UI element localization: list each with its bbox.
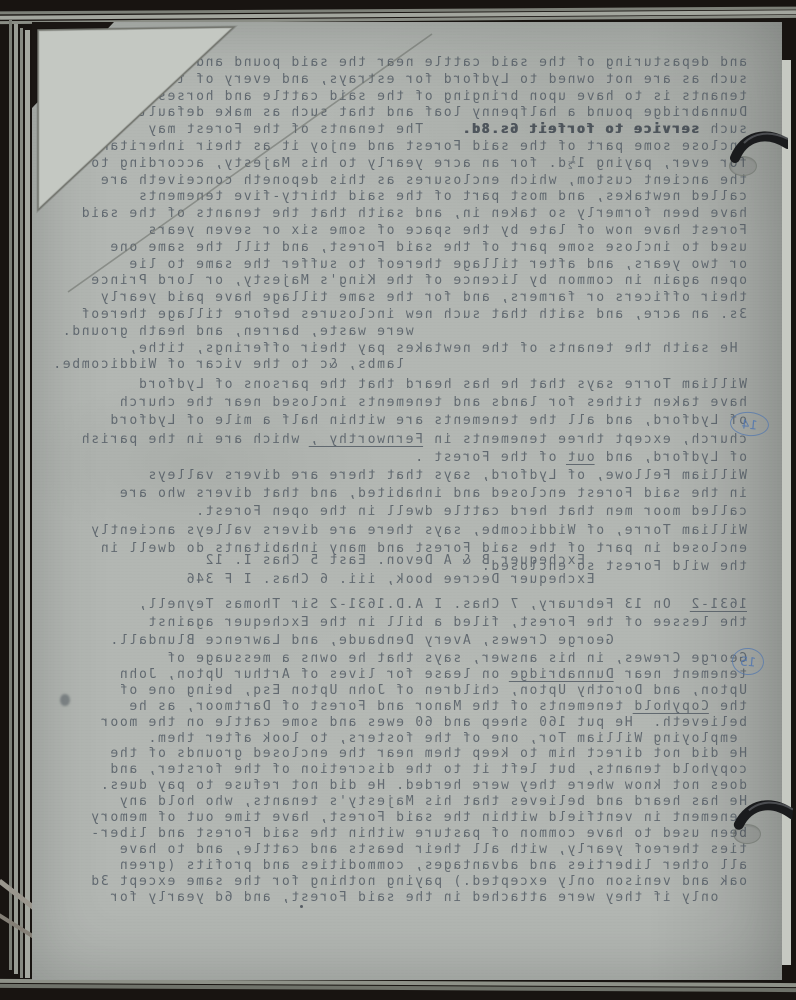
ink-smudge [60,694,70,706]
typed-line: tenants is to have upon bringing of the … [42,89,747,106]
typed-paragraph-crewes-answer: George Crewes, in his answer, says that … [42,651,747,906]
typed-line: tenement near Dunnabridge on lease for l… [42,667,747,683]
typed-line: open again in common by licence of the K… [42,273,747,290]
typed-line: called newtakes, and most part of the sa… [42,189,747,206]
typed-line: He has heard and believes that his Majes… [42,794,747,810]
typed-line: were waste, barren, and heath ground. [42,324,747,341]
document-photo: and depasturing of the said cattle near … [0,0,796,1000]
page-stack-edge [14,24,18,974]
typed-line: have been formerly so taken in, and sait… [42,206,747,223]
underlined-text: out [566,450,595,465]
typed-line: Exchequer B & A Devon. East 5 Chas I. 12 [42,551,747,570]
mirrored-text-layer: and depasturing of the said cattle near … [32,22,782,980]
page-stack-edge [9,20,12,970]
overstruck-text: service to forfeit 6s.8d. [461,122,699,137]
annotation-label: 15 [739,653,756,669]
typed-line: William Torre says that he has heard tha… [42,376,747,394]
typed-line: George Crewes, Avery Denbaude, and Lawre… [42,632,747,650]
typed-line: been used to have common of pasture with… [42,826,747,842]
typed-text: and depasturing of the said cattle near … [42,22,747,980]
typed-line: George Crewes, in his answer, says that … [42,651,747,667]
annotation-label: 14 [741,416,758,432]
typed-line: He did not direct him to keep them near … [42,746,747,762]
typed-line: their officers or farmers, and for the s… [42,290,747,307]
page-stack-edge [25,30,30,978]
typed-line: in the said Forest enclosed and inhabite… [42,485,747,503]
typed-line: 3s. an acre, and saith that such new inc… [42,307,747,324]
typed-line: copyhold tenants, but left it to the dis… [42,762,747,778]
typed-line: church, except three tenements in Fernwo… [42,431,747,449]
binder-ring-icon [720,792,794,855]
typed-line: have taken tithes for lands and tenement… [42,394,747,412]
typed-line: the Copyhold tenements of the Manor and … [42,699,747,715]
typed-line: tenement in ventfield within the said Fo… [42,810,747,826]
typed-line: He saith the tenants of the newtakes pay… [42,341,747,358]
typed-line: William Fellowe, of Lydford, says that t… [42,467,747,485]
typed-line: such service to forfeit 6s.8d. The tenan… [42,122,747,139]
typed-line: of Lydford, and out of the Forest . [42,449,747,467]
page: and depasturing of the said cattle near … [32,22,782,980]
typed-line: called moor men that herd cattle dwell i… [42,503,747,521]
underlined-text: 1631-2 [690,597,747,612]
typed-line: William Torre, of Widdicombe, says there… [42,522,747,540]
typed-line: enclose some part of the said Forest and… [42,139,747,156]
binder-ring-icon [718,126,788,184]
typed-line: and depasturing of the said cattle near … [42,55,747,72]
underlined-text: Dunnabridge [509,667,614,682]
typed-line: the ancient custom, which enclosures as … [42,173,747,190]
typed-line: ties thereof yearly, with all their beas… [42,842,747,858]
typed-line: believeth. He put 160 sheep and 60 ewes … [42,715,747,731]
typed-paragraph-suit-of-1631: 1631-2 On 13 February, 7 Chas. I A.D.163… [42,596,747,650]
typed-line: only if they were attached in the said F… [42,890,747,906]
typed-line: or two years, and after tillage thereof … [42,257,747,274]
typed-line: of Lydford, and all the tenements are wi… [42,412,747,430]
stray-ink-dot [300,905,303,908]
typed-line: 1631-2 On 13 February, 7 Chas. I A.D.163… [42,596,747,614]
typed-paragraph-exchequer-citations: Exchequer B & A Devon. East 5 Chas I. 12… [42,551,747,589]
typed-line: the lessee of the Forest, filed a bill i… [42,614,747,632]
typed-line: employing William Tor, one of the foster… [42,731,747,747]
typed-line: such as are not owned to Lydford for est… [42,72,747,89]
typed-line: Forest have now of late by the space of … [42,223,747,240]
typed-line: used to inclose some part of the said Fo… [42,240,747,257]
typed-line: for ever, paying 1½d. for an acre yearly… [42,156,747,173]
typed-paragraph-torre-and-fellowe-testimony: William Torre says that he has heard tha… [42,376,747,576]
page-stack-edge [20,28,23,978]
typed-line: oak and venison only excepted.) paying n… [42,874,747,890]
underlined-text: Copyhold [633,699,709,714]
underlined-text: Fernworthy , [309,432,423,447]
typed-line: lambs, &c to the vicar of Widdicombe. [42,357,747,374]
typed-line: Exchequer Decree book, iii. 6 Chas. I F … [42,570,747,589]
typed-line: does not know where they were herded. He… [42,778,747,794]
typed-line: Upton, and Dorothy Upton, children of Jo… [42,683,747,699]
typed-paragraph-forest-customs-deposition: and depasturing of the said cattle near … [42,55,747,374]
typed-line: Dunnabridge pound a halfpenny loaf and t… [42,105,747,122]
typed-line: all other liberties and advantages, comm… [42,858,747,874]
